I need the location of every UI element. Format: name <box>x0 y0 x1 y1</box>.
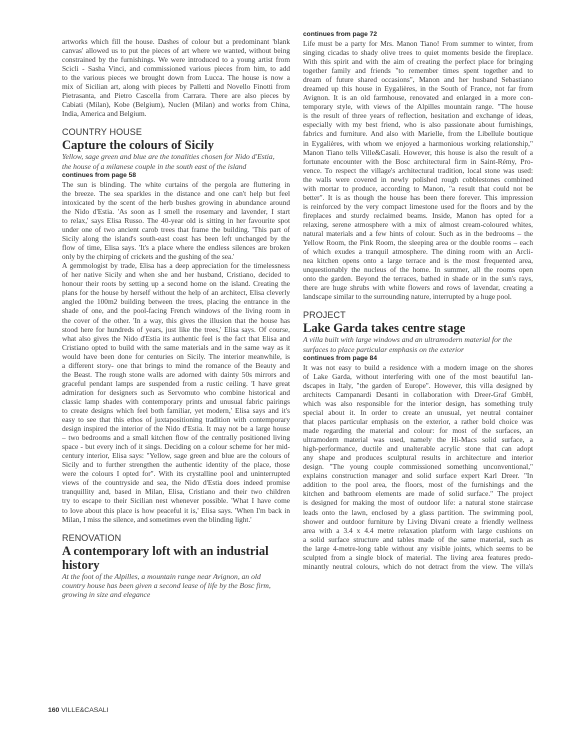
text-line: the large 4-metre-long table without any… <box>303 544 533 553</box>
text-line: that places particular emphasis on the e… <box>303 417 533 426</box>
text-line: dream of future shared occasions", Manon… <box>303 75 533 84</box>
right-column: continues from page 72 Life must be a pa… <box>303 30 533 571</box>
text-line: canvas' allowed us to put the pieces of … <box>62 46 290 55</box>
text-line: kitchen and bathroom elements are made o… <box>303 489 533 498</box>
text-line: of which exudes a tranquil atmosphere. T… <box>303 247 533 256</box>
text-line: Milan, I miss the silence, and sometimes… <box>62 515 290 524</box>
text-line: addition to the pool area, the floors, m… <box>303 480 533 489</box>
text-line: the Beast. The rough stone walls are ado… <box>62 370 290 379</box>
text-line: artworks which fill the house. Dashes of… <box>62 37 290 46</box>
text-line: landscape similar to the surrounding nat… <box>303 292 533 301</box>
text-line: Pietrasanta, and Pietro Cascella from Ca… <box>62 91 290 100</box>
text-line: Life must be a party for Mrs. Manon Tian… <box>303 39 533 48</box>
text-line: dscapes in Italy, "the garden of Europe"… <box>303 381 533 390</box>
text-line: of Lake Garda, without interfering with … <box>303 372 533 381</box>
text-line: high-performance, ductile and unalterabl… <box>303 444 533 453</box>
section-label: RENOVATION <box>62 533 290 544</box>
text-line: the cover of the other. 'In a way, this … <box>62 316 290 325</box>
text-line: onto the garden. Beyond the terraces, ba… <box>303 274 533 283</box>
text-line: the breeze. The sea sparkles in the dist… <box>62 189 290 198</box>
text-line: try to escape to their Sicilian nest whe… <box>62 496 290 505</box>
article-deck: Yellow, sage green and blue are the tona… <box>62 152 290 170</box>
publication-name: VILLE&CASALI <box>61 707 108 714</box>
text-line: nea kitchen opens onto a large terrace a… <box>303 256 533 265</box>
text-line: what also gives the Nido d'Estia its aut… <box>62 334 290 343</box>
text-line: century interior, Elisa says: "Yellow, s… <box>62 451 290 460</box>
text-line: flow of time, Elisa says. 'It's a place … <box>62 243 290 252</box>
text-line: would have been done for centuries on Si… <box>62 352 290 361</box>
text-line: to the various pieces we brought down fr… <box>62 73 290 82</box>
text-line: made regarding the material and colour: … <box>303 426 533 435</box>
text-line: temporary style, with views of the Alpil… <box>303 102 533 111</box>
text-line: With this spirit and with the aim of cre… <box>303 57 533 66</box>
text-line: angled the 100m2 building between the tr… <box>62 297 290 306</box>
continues-link[interactable]: continues from page 58 <box>62 171 290 180</box>
text-line: better". It is as though the house has b… <box>303 193 533 202</box>
text-line: natural materials and a few hints of col… <box>303 229 533 238</box>
text-line: honour their roots by setting up a secon… <box>62 279 290 288</box>
article-renovation-intro: RENOVATION A contemporary loft with an i… <box>62 533 290 600</box>
text-line: At the foot of the Alpilles, a mountain … <box>62 572 290 581</box>
text-line: views of the countryside and sea, the Ni… <box>62 478 290 487</box>
article-renovation-body: continues from page 72 Life must be a pa… <box>303 30 533 301</box>
text-line: Yellow Room, the Pink Room, the sleeping… <box>303 238 533 247</box>
article-body: The sun is blinding. The white curtains … <box>62 180 290 524</box>
text-line: A gemmologist by trade, Elisa has a deep… <box>62 261 290 270</box>
text-line: dreamed up this house in Eygalières, in … <box>303 84 533 93</box>
text-line: to create designs which feel both famili… <box>62 406 290 415</box>
text-line: architects Campanardi Desanti in collabo… <box>303 390 533 399</box>
article-headline: Capture the colours of Sicily <box>62 138 290 152</box>
text-line: admiration for designers such as Servomu… <box>62 388 290 397</box>
section-label: COUNTRY HOUSE <box>62 127 290 138</box>
text-line: shade of one, and the pool-facing French… <box>62 306 290 315</box>
text-line: sculpted from a single block of material… <box>303 553 533 562</box>
text-line: which was also responsible for the inter… <box>303 399 533 408</box>
text-line: leads onto the lawn, enclosed by a glass… <box>303 508 533 517</box>
text-line: plans for the house by herself without t… <box>62 288 290 297</box>
text-line: fabrics and furniture. And also with Mar… <box>303 129 533 138</box>
text-line: Yellow, sage green and blue are the tona… <box>62 152 290 161</box>
article-headline: A contemporary loft with an industrial h… <box>62 544 290 572</box>
text-line: minantly neutral colours, which do not d… <box>303 562 533 571</box>
text-line: design inspired the interior of the Nido… <box>62 424 290 433</box>
text-line: only by the chirping of crickets and the… <box>62 252 290 261</box>
page-number: 160 <box>48 707 59 714</box>
text-line: intoxicated by the scent of the herb bus… <box>62 198 290 207</box>
text-line: surfaces to place particular emphasis on… <box>303 345 533 354</box>
text-line: were the colours I opted for". With its … <box>62 469 290 478</box>
text-line: design. "The young couple commissioned s… <box>303 462 533 471</box>
text-line: – two bedrooms and a small kitchen flow … <box>62 433 290 442</box>
article-deck: At the foot of the Alpilles, a mountain … <box>62 572 290 600</box>
text-line: A villa built with large windows and an … <box>303 335 533 344</box>
text-line: under one of two ancient carob trees tha… <box>62 225 290 234</box>
article-deck: A villa built with large windows and an … <box>303 335 533 353</box>
text-line: Manon Tiano tells Ville&Casali. However,… <box>303 148 533 157</box>
text-line: The sun is blinding. The white curtains … <box>62 180 290 189</box>
text-line: constrained by the furnishings. We were … <box>62 55 290 64</box>
text-line: graceful pendant lamps are suspended fro… <box>62 379 290 388</box>
article-headline: Lake Garda takes centre stage <box>303 321 533 335</box>
text-line: stood here for hundreds of years, just l… <box>62 325 290 334</box>
section-label: PROJECT <box>303 310 533 321</box>
text-line: easy to see that this ethos of juxtaposi… <box>62 415 290 424</box>
text-line: area with a 3.4 x 4.4 metre relaxation p… <box>303 526 533 535</box>
text-line: Avignon. It is an old farmhouse, renovat… <box>303 93 533 102</box>
text-line: classic lamp shades with contemporary pr… <box>62 397 290 406</box>
continues-link[interactable]: continues from page 72 <box>303 30 533 39</box>
text-line: is reinforced by the very compact limest… <box>303 202 533 211</box>
article-country-house: COUNTRY HOUSE Capture the colours of Sic… <box>62 127 290 523</box>
text-line: Cristiano opted to build with the same m… <box>62 343 290 352</box>
text-line: the walls were covered in newly polished… <box>303 175 533 184</box>
text-line: a solid surface structure and tables mad… <box>303 535 533 544</box>
text-line: ultramodern material was used, namely th… <box>303 435 533 444</box>
text-line: especially with my best friend, who is a… <box>303 120 533 129</box>
text-line: mix of Sicilian art, along with pieces b… <box>62 82 290 91</box>
text-line: country house has been given a second le… <box>62 581 290 590</box>
text-line: together family and friends "to remember… <box>303 66 533 75</box>
text-line: unquestionably the nucleus of the home. … <box>303 265 533 274</box>
left-column: artworks which fill the house. Dashes of… <box>62 37 290 599</box>
text-line: fireplaces and sturdy reclaimed beams. I… <box>303 211 533 220</box>
text-line: singing cicadas to shady olive trees to … <box>303 48 533 57</box>
page-footer: 160 VILLE&CASALI <box>48 707 108 714</box>
text-line: shower and outdoor furniture by Living D… <box>303 517 533 526</box>
text-line: space - but every inch of it sings. Deci… <box>62 442 290 451</box>
text-line: vence. To respect the village's architec… <box>303 166 533 175</box>
intro-paragraph: artworks which fill the house. Dashes of… <box>62 37 290 118</box>
text-line: It was not easy to build a residence wit… <box>303 363 533 372</box>
continues-link[interactable]: continues from page 84 <box>303 354 533 363</box>
text-line: of her native Sicily and when she and he… <box>62 270 290 279</box>
text-line: India, America and Belgium. <box>62 109 290 118</box>
text-line: relaxing, serene atmosphere with a mix o… <box>303 220 533 229</box>
text-line: explains construction manager and solid … <box>303 471 533 480</box>
article-body: Life must be a party for Mrs. Manon Tian… <box>303 39 533 301</box>
text-line: is the result of three years of reflecti… <box>303 111 533 120</box>
text-line: there are huge shrubs with white flowers… <box>303 283 533 292</box>
text-line: tranquillity and, based in Milan, Elisa,… <box>62 487 290 496</box>
text-line: in Eygalières, with whom we enjoyed a ha… <box>303 139 533 148</box>
text-line: is designed for making the most of outdo… <box>303 498 533 507</box>
text-line: growing in size and elegance <box>62 590 290 599</box>
article-project: PROJECT Lake Garda takes centre stage A … <box>303 310 533 570</box>
text-line: to relax,' says Elisa Russo. The 40-year… <box>62 216 290 225</box>
text-line: a different story- one that brings to mi… <box>62 361 290 370</box>
text-line: Sicily along the island's south-east coa… <box>62 234 290 243</box>
text-line: Cabiati (Milan), Kobe (Belgium), Nuclen … <box>62 100 290 109</box>
text-line: the house of a milanese couple in the so… <box>62 162 290 171</box>
text-line: fortunate encounter with the Bosc archit… <box>303 157 533 166</box>
text-line: any shape and produces sculptural result… <box>303 453 533 462</box>
text-line: the Nido d'Estia. 'As soon as I smell th… <box>62 207 290 216</box>
text-line: with mortar to produce, according to Man… <box>303 184 533 193</box>
text-line: Sicily and to further strengthen the aut… <box>62 460 290 469</box>
text-line: to love about this place is how peaceful… <box>62 506 290 515</box>
article-body: It was not easy to build a residence wit… <box>303 363 533 571</box>
text-line: Scicli - Sasha Vinci, and commissioned v… <box>62 64 290 73</box>
text-line: special about it. In order to create an … <box>303 408 533 417</box>
